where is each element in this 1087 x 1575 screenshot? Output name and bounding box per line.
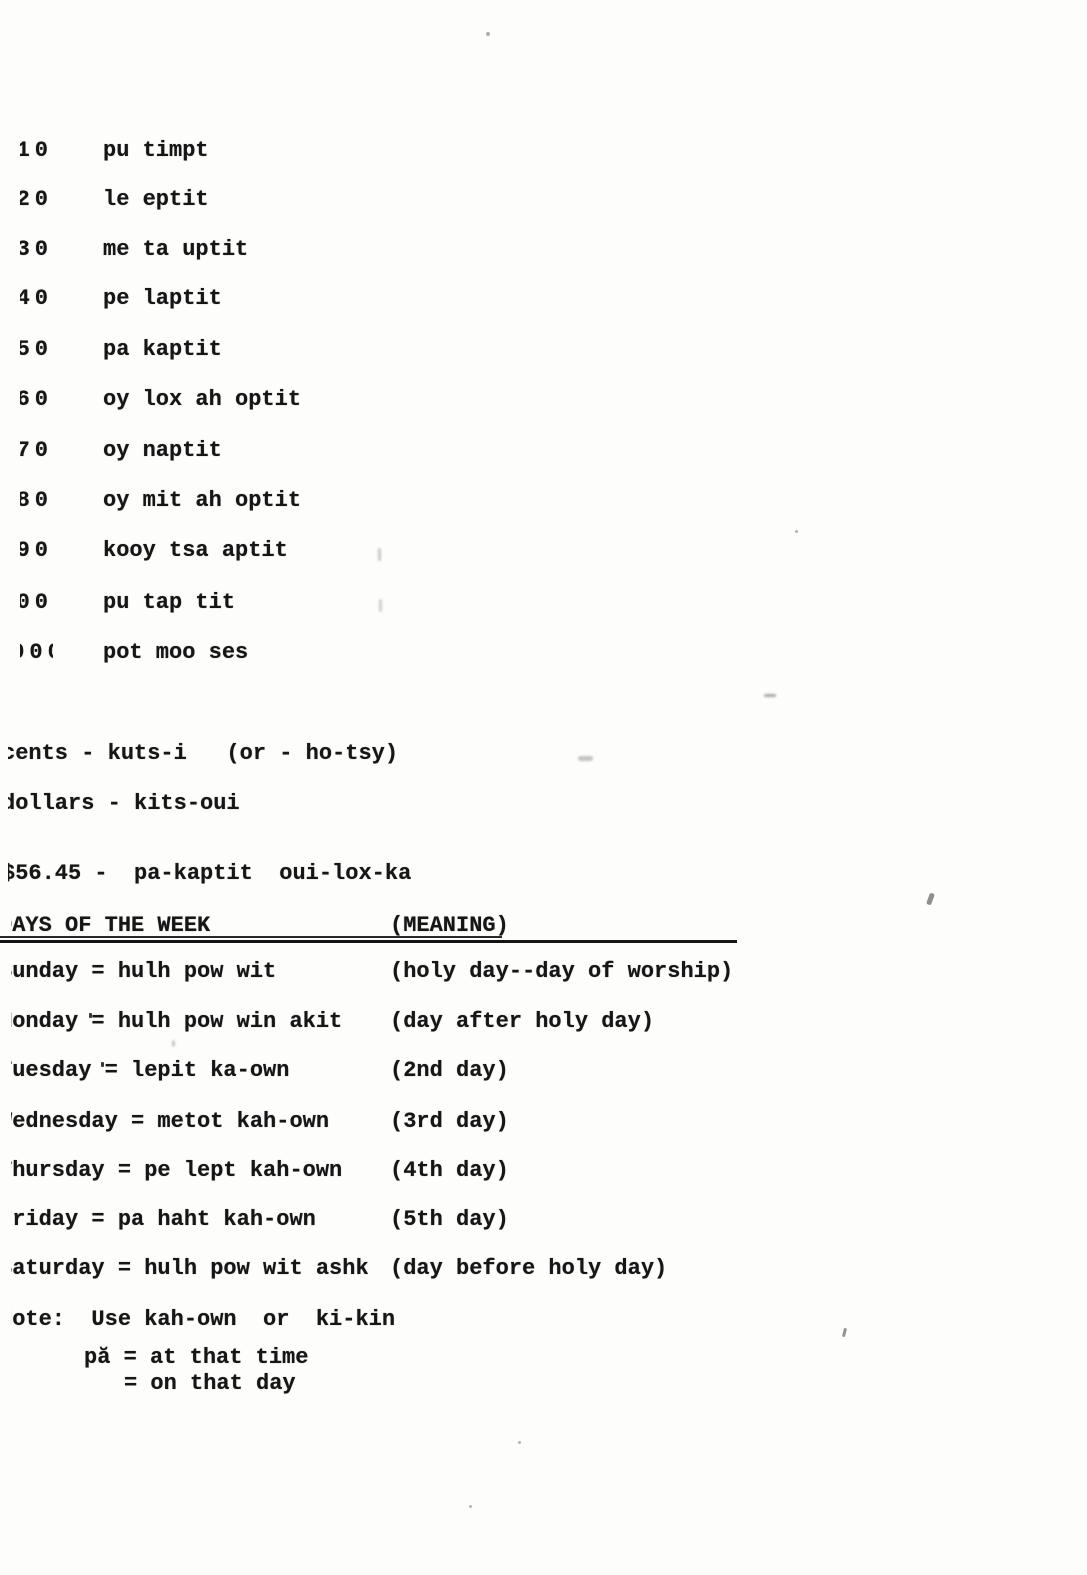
day-entry: Saturday = hulh pow wit ashk	[0, 1256, 369, 1282]
note-line: Note: Use kah-own or ki-kin	[0, 1307, 395, 1333]
day-meaning: (day after holy day)	[390, 1009, 654, 1035]
numeral: 90	[0, 538, 53, 564]
day-meaning: (4th day)	[390, 1158, 509, 1184]
number-word: le eptit	[103, 187, 209, 213]
cents-line: cents - kuts-i (or - ho-tsy)	[2, 741, 398, 767]
number-word: oy mit ah optit	[103, 488, 301, 514]
scanned-document: { "numbers": { "rows": [ {"numeral": "10…	[0, 0, 1087, 1575]
number-word: pot moo ses	[103, 640, 248, 666]
numeral: 100	[0, 590, 53, 616]
document-page: 10 pu timpt 20 le eptit 30 me ta uptit 4…	[0, 0, 1087, 1575]
scan-bleedthrough	[379, 599, 382, 612]
number-word: pe laptit	[103, 286, 222, 312]
number-word: me ta uptit	[103, 237, 248, 263]
day-entry: Friday = pa haht kah-own	[0, 1207, 316, 1233]
numeral: 30	[0, 237, 53, 263]
scan-smudge	[578, 756, 593, 761]
day-meaning: (5th day)	[390, 1207, 509, 1233]
scan-speck	[795, 530, 798, 533]
day-meaning: (holy day--day of worship)	[390, 959, 733, 985]
dollars-line: dollars - kits-oui	[2, 791, 240, 817]
scan-speck	[764, 694, 776, 697]
number-word: pu tap tit	[103, 590, 235, 616]
number-word: pa kaptit	[103, 337, 222, 363]
pa-definition-2: = on that day	[124, 1371, 296, 1397]
scan-mark	[926, 893, 935, 906]
day-meaning: (day before holy day)	[390, 1256, 667, 1282]
numeral: 40	[0, 286, 53, 312]
header-underline-drawn	[0, 940, 737, 943]
day-entry: Wednesday = metot kah-own	[0, 1109, 329, 1135]
day-entry: Tuesday = lepit ka-own	[0, 1058, 289, 1084]
numeral: 20	[0, 187, 53, 213]
amount-line: $56.45 - pa-kaptit oui-lox-ka	[2, 861, 411, 887]
day-meaning: (3rd day)	[390, 1109, 509, 1135]
numeral: 50	[0, 337, 53, 363]
number-word: kooy tsa aptit	[103, 538, 288, 564]
day-meaning: (2nd day)	[390, 1058, 509, 1084]
day-entry: Monday = hulh pow win akit	[0, 1009, 342, 1035]
day-entry: Sunday = hulh pow wit	[0, 959, 276, 985]
number-word: oy naptit	[103, 438, 222, 464]
day-entry: Thursday = pe lept kah-own	[0, 1158, 342, 1184]
scan-speck	[486, 32, 490, 36]
number-word: pu timpt	[103, 138, 209, 164]
header-underline-typed	[0, 936, 502, 938]
number-word: oy lox ah optit	[103, 387, 301, 413]
numeral: 60	[0, 387, 53, 413]
scan-speck	[518, 1441, 521, 1444]
pa-definition-1: pă = at that time	[84, 1345, 308, 1371]
numeral: 10	[0, 138, 53, 164]
numeral: 80	[0, 488, 53, 514]
scan-speck	[469, 1505, 472, 1508]
scan-mark	[842, 1328, 847, 1337]
scan-bleedthrough	[378, 548, 381, 561]
scan-speck	[172, 1040, 175, 1047]
numeral: 70	[0, 438, 53, 464]
numeral: 1000	[0, 640, 53, 666]
